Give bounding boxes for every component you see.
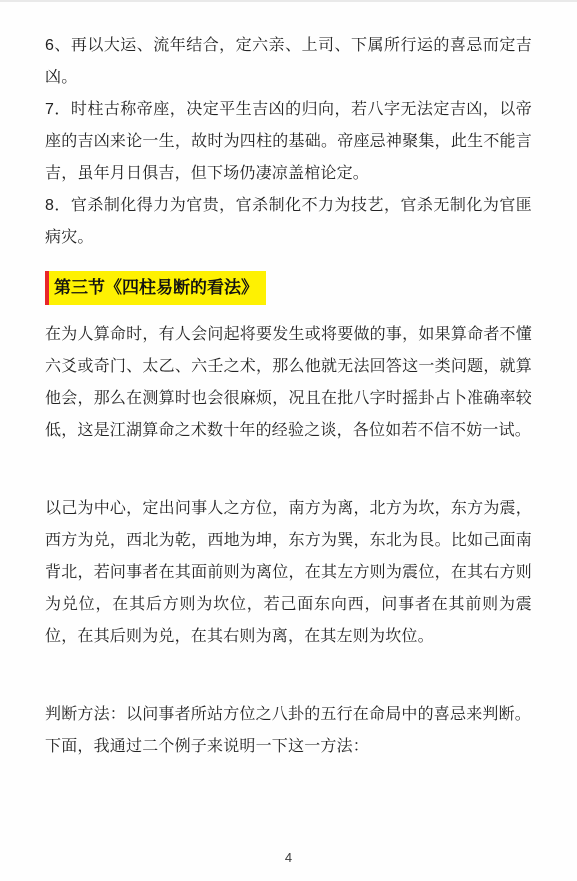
page-number: 4 [0, 850, 577, 865]
document-page: 6、再以大运、流年结合，定六亲、上司、下属所行运的喜忌而定吉凶。 7．时柱古称帝… [0, 0, 577, 881]
numbered-point-8: 8．官杀制化得力为官贵，官杀制化不力为技艺，官杀无制化为官匪病灾。 [45, 190, 532, 254]
numbered-point-6: 6、再以大运、流年结合，定六亲、上司、下属所行运的喜忌而定吉凶。 [45, 30, 532, 94]
paragraph-judgment-method: 判断方法：以问事者所站方位之八卦的五行在命局中的喜忌来判断。 [45, 699, 532, 731]
paragraph-intro: 在为人算命时，有人会问起将要发生或将要做的事，如果算命者不懂六爻或奇门、太乙、六… [45, 319, 532, 447]
paragraph-directions: 以己为中心，定出问事人之方位，南方为离，北方为坎，东方为震，西方为兑，西北为乾，… [45, 493, 532, 653]
page-content: 6、再以大运、流年结合，定六亲、上司、下属所行运的喜忌而定吉凶。 7．时柱古称帝… [0, 2, 577, 763]
section-header-row: 第三节《四柱易断的看法》 [45, 271, 532, 305]
numbered-point-7: 7．时柱古称帝座，决定平生吉凶的归向，若八字无法定吉凶，以帝座的吉凶来论一生，故… [45, 94, 532, 190]
section-title-highlighted: 第三节《四柱易断的看法》 [45, 271, 266, 305]
paragraph-examples-lead: 下面，我通过二个例子来说明一下这一方法： [45, 731, 532, 763]
